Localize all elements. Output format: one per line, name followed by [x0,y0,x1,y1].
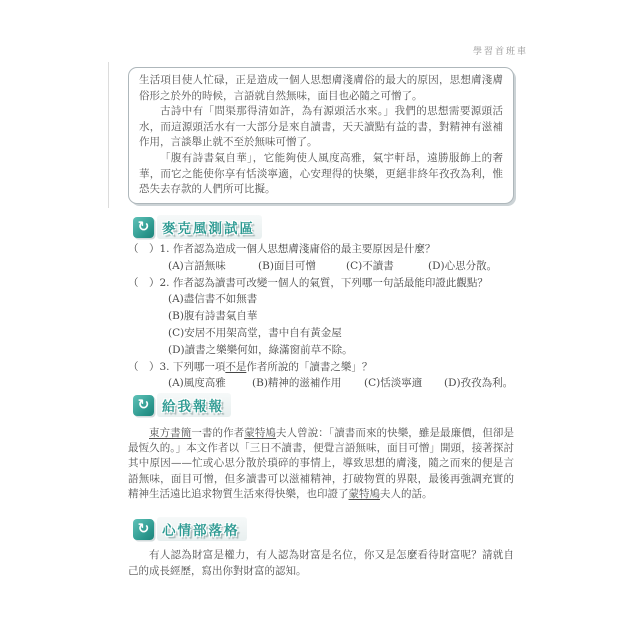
section-title: 給我報報 [157,393,231,417]
reading-passage-box: 生活項目使人忙碌，正是造成一個人思想膚淺膚俗的最大的原因，思想膚淺膚俗形之於外的… [128,67,514,204]
underlined-text: 東方書簡 [149,427,191,439]
passage-paragraph: 古詩中有「問渠那得清如許，為有源頭活水來。」我們的思想需要源頭活水，而這源頭活水… [139,104,503,151]
option: (D)孜孜為利。 [444,375,513,392]
text-segment: 一書的作者 [191,427,244,439]
text-segment: 作者所說的「讀書之樂」？ [246,361,372,373]
option: (A)盡信書不如無書 [128,291,520,308]
passage-paragraph: 「腹有詩書氣自華」，它能夠使人風度高雅，氣宇軒昂，遠勝服飾上的奢華，而它之能使你… [139,151,503,198]
option: (B)腹有詩書氣自華 [128,308,520,325]
option: (D)心思分散。 [428,258,497,275]
option: (B)面目可憎 [258,258,346,275]
option: (B)精神的滋補作用 [252,375,364,392]
section-title: 心情部落格 [157,517,247,541]
section-header-quiz: ↻ 麥克風測試區 [133,216,262,238]
option: (C)恬淡寧適 [364,375,444,392]
underlined-text: 蒙特鳩 [244,427,276,439]
option: (A)風度高雅 [168,375,252,392]
quiz-block: （ ）1. 作者認為造成一個人思想膚淺庸俗的最主要原因是什麼？ (A)言語無味 … [128,241,520,392]
loop-arrow-icon: ↻ [133,395,154,416]
section-header-report: ↻ 給我報報 [133,394,231,416]
section-title: 麥克風測試區 [157,215,262,239]
text-segment: 夫人的話。 [380,488,433,500]
report-block: 東方書簡一書的作者蒙特鳩夫人曾說：「讀書而來的快樂，雖是最廉價，但卻是最恆久的。… [128,426,514,502]
question-options: (A)風度高雅 (B)精神的滋補作用 (C)恬淡寧適 (D)孜孜為利。 [128,375,520,392]
running-head: 學習首班車 [473,44,528,57]
underlined-text: 不是 [225,361,246,373]
question-stem: （ ）1. 作者認為造成一個人思想膚淺庸俗的最主要原因是什麼？ [128,241,520,258]
question-stem: （ ）3. 下列哪一項不是作者所說的「讀書之樂」？ [128,359,520,376]
mood-paragraph: 有人認為財富是權力，有人認為財富是名位，你又是怎麼看待財富呢？請就自己的成長經歷… [128,547,514,579]
workbook-page: 學習首班車 生活項目使人忙碌，正是造成一個人思想膚淺膚俗的最大的原因，思想膚淺膚… [0,0,640,640]
loop-arrow-icon: ↻ [133,217,154,238]
passage-paragraph: 生活項目使人忙碌，正是造成一個人思想膚淺膚俗的最大的原因，思想膚淺膚俗形之於外的… [139,73,503,104]
option: (C)安居不用架高堂，書中自有黃金屋 [128,325,520,342]
option: (C)不讀書 [346,258,428,275]
option: (D)讀書之樂樂何如，綠滿窗前草不除。 [128,342,520,359]
section-header-mood: ↻ 心情部落格 [133,518,247,540]
text-segment: （ ）3. 下列哪一項 [128,361,225,373]
question-options: (A)言語無味 (B)面目可憎 (C)不讀書 (D)心思分散。 [128,258,520,275]
page-fold-line [108,62,109,208]
report-paragraph: 東方書簡一書的作者蒙特鳩夫人曾說：「讀書而來的快樂，雖是最廉價，但卻是最恆久的。… [128,426,514,502]
question-stem: （ ）2. 作者認為讀書可改變一個人的氣質，下列哪一句話最能印證此觀點？ [128,275,520,292]
underlined-text: 蒙特鳩 [349,488,381,500]
loop-arrow-icon: ↻ [133,519,154,540]
option: (A)言語無味 [168,258,258,275]
mood-block: 有人認為財富是權力，有人認為財富是名位，你又是怎麼看待財富呢？請就自己的成長經歷… [128,547,514,579]
